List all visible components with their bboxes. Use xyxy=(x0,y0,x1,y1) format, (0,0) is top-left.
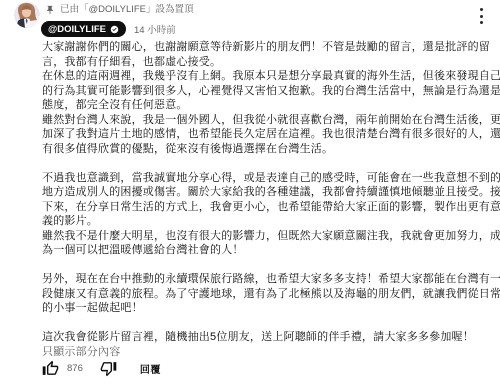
comment-text-line: 在休息的這兩週裡，我幾乎沒有上網。我原本只是想分享最真實的海外生活，但後來發現自… xyxy=(42,69,494,84)
comment-actions: 876 回覆 xyxy=(42,357,161,379)
comment-text-line: 態度，都完全沒有任何惡意。 xyxy=(42,98,494,113)
comment-text-line: 大家謝謝你們的關心，也謝謝願意等待新影片的朋友們！不管是鼓勵的留言，還是批評的留 xyxy=(42,40,494,55)
author-name: @DOILYLIFE xyxy=(48,24,106,35)
pinned-comment: 已由「@DOILYLIFE」設為置頂 @DOILYLIFE 14 小時前 大家謝… xyxy=(0,0,500,384)
more-vert-icon xyxy=(480,15,483,18)
avatar[interactable] xyxy=(14,2,40,28)
more-vert-icon xyxy=(480,8,483,11)
comment-body: 大家謝謝你們的關心，也謝謝願意等待新影片的朋友們！不管是鼓勵的留言，還是批評的留… xyxy=(42,40,494,359)
comment-text-line: 的小事一起做起吧！ xyxy=(42,301,494,316)
comment-text-line: 地方造成別人的困擾或傷害。關於大家給我的各種建議，我都會持續謹慎地傾聽並且接受。… xyxy=(42,185,494,200)
comment-text-line: 的行為其實可能影響到很多人，心裡覺得又害怕又抱歉。我的台灣生活當中，無論是行為還… xyxy=(42,84,494,99)
comment-text-line: 這次我會從影片留言裡，隨機抽出5位朋友，送上阿聰師的伴手禮，請大家多多參加喔！ xyxy=(42,330,494,345)
comment-text-line: 義的影片。 xyxy=(42,214,494,229)
comment-text-line: 雖然我不是什麼大明星，也沒有很大的影響力，但既然大家願意關注我，我就會更加努力，… xyxy=(42,229,494,244)
comment-text-line: 雖然對台灣人來說，我是一個外國人，但我從小就很喜歡台灣，兩年前開始在台灣生活後，… xyxy=(42,113,494,128)
comment-timestamp[interactable]: 14 小時前 xyxy=(134,22,176,36)
thumbs-down-icon xyxy=(100,360,117,377)
reply-button[interactable]: 回覆 xyxy=(140,361,161,376)
comment-text-line: 有很多值得欣賞的優點，從來沒有後悔過選擇在台灣生活。 xyxy=(42,142,494,157)
avatar-image xyxy=(14,2,40,28)
pinned-by-label: 已由「@DOILYLIFE」設為置頂 xyxy=(60,4,194,16)
verified-icon xyxy=(110,25,119,34)
comment-text-line: 不過我也意識到，當我誠實地分享心得，或是表達自己的感受時，可能會在一些我意想不到… xyxy=(42,171,494,186)
comment-text-line: 下來，在分享日常生活的方式上，我會更小心，也希望能帶給大家正面的影響，製作出更有… xyxy=(42,200,494,215)
comment-text-line: 段健康又有意義的旅程。為了守護地球，還有為了北極熊以及海龜的朋友們，就讓我們從日… xyxy=(42,287,494,302)
comment-header: @DOILYLIFE 14 小時前 xyxy=(41,21,176,37)
comment-text-line: 為一個可以把溫暖傳遞給台灣社會的人！ xyxy=(42,243,494,258)
comment-text-line: 加深了我對這片土地的感情，也希望能長久定居在這裡。我也很清楚台灣有很多很好的人，… xyxy=(42,127,494,142)
comment-text-line: 另外，現在在台中推動的永續環保旅行路線，也希望大家多多支持！希望大家都能在台灣有… xyxy=(42,272,494,287)
more-vert-icon xyxy=(480,21,483,24)
more-options-button[interactable] xyxy=(472,5,490,27)
comment-text-line: 言，我都有仔細看，也都虛心接受。 xyxy=(42,55,494,70)
paragraph-gap xyxy=(42,316,494,331)
thumbs-up-icon xyxy=(42,360,59,377)
dislike-button[interactable] xyxy=(100,360,117,377)
paragraph-gap xyxy=(42,258,494,273)
like-count: 876 xyxy=(67,363,83,374)
pin-icon xyxy=(45,5,55,15)
paragraph-gap xyxy=(42,156,494,171)
like-button[interactable] xyxy=(42,360,59,377)
pinned-bar: 已由「@DOILYLIFE」設為置頂 xyxy=(45,4,194,16)
author-badge[interactable]: @DOILYLIFE xyxy=(41,21,126,37)
